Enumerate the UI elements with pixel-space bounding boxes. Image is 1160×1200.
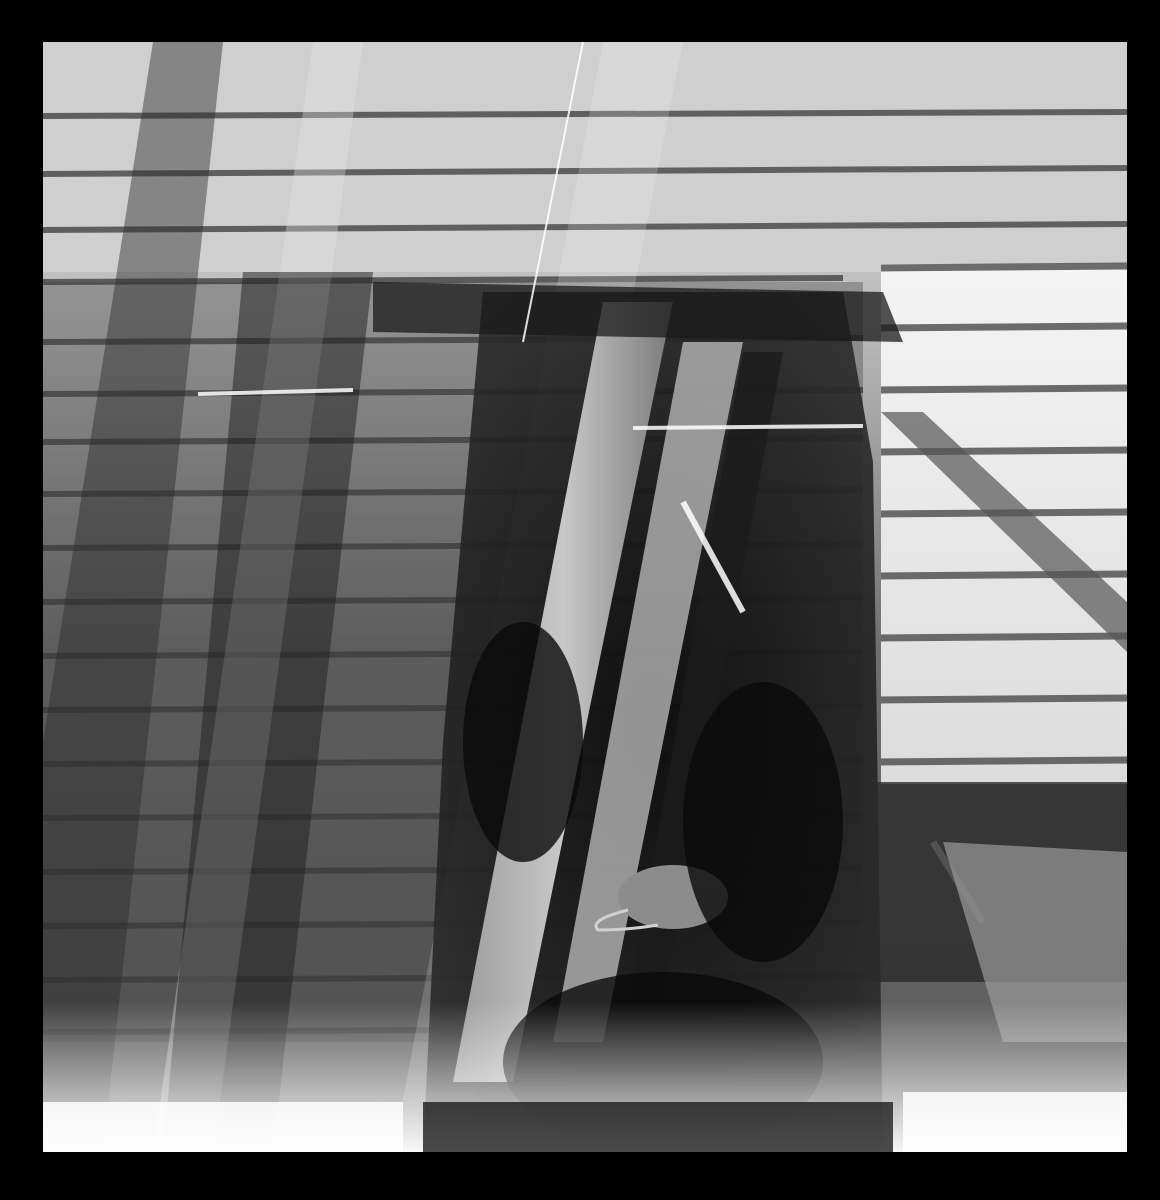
photo-illustration [43, 42, 1127, 1152]
photograph: Black and white double-exposure photogra… [43, 42, 1127, 1152]
black-border-frame: Black and white double-exposure photogra… [0, 0, 1160, 1200]
